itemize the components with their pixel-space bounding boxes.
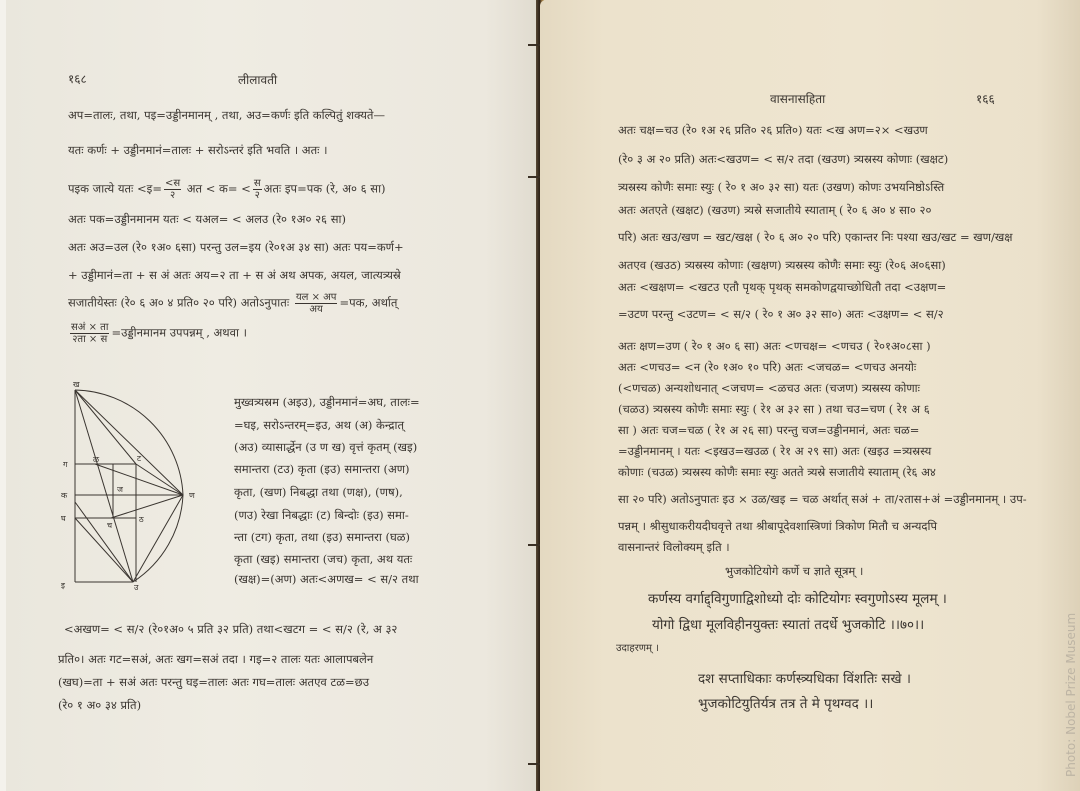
text-line: अतः क्षण=उण ( रे० १ अ० ६ सा) अतः <णचक्ष=…	[618, 339, 931, 353]
text-line: अतः <खक्षण= <खटउ एतौ पृथक् पृथक् समकोणद्…	[618, 280, 946, 294]
text-line: परि) अतः खउ/खण = खट/खक्ष ( रे० ६ अ० २० प…	[618, 230, 1013, 244]
svg-text:ळ: ळ	[93, 455, 100, 464]
text-line: प्रति०। अतः गट=सअं, अतः खग=सअं तदा । गइ=…	[58, 652, 373, 666]
text-line-with-fraction: सअं × ता२ता × स=उड्डीनमानम उपपन्नम् , अथ…	[68, 322, 247, 345]
text-line-with-fraction: सजातीयेस्तः (रे० ६ अ० ४ प्रति० २० परि) अ…	[68, 292, 397, 315]
text-line: यतः कर्णः + उड्डीनमानं=तालः + सरोऽन्तरं …	[68, 143, 327, 157]
verse-line: कर्णस्य वर्गाद्द्विगुणाद्विशोध्यो दोः को…	[648, 592, 947, 606]
text-line: (<णचळ) अन्यशोधनात् <जचण= <ळचउ अतः (चजण) …	[618, 381, 920, 395]
fraction: सअं × ता२ता × स	[70, 322, 109, 345]
svg-text:ख: ख	[73, 380, 80, 389]
fraction: <स२	[164, 178, 181, 201]
svg-text:इ: इ	[61, 581, 66, 590]
text-line: अतः <णचउ= <न (रे० १अ० १० परि) अतः <जचळ= …	[618, 360, 916, 374]
text-line: (रे० १ अ० ३४ प्रति)	[58, 698, 141, 712]
svg-text:ट: ट	[137, 454, 142, 463]
left-page-number: १६८	[68, 72, 87, 86]
text-line: सा ) अतः चज=चळ ( रे१ अ २६ सा) परन्तु चज=…	[618, 423, 919, 437]
text-line: (खघ)=ता + सअं अतः परन्तु घइ=तालः अतः गघ=…	[58, 675, 369, 689]
text-line: अतः अतएते (खक्षट) (खउण) त्र्यस्रे सजातीय…	[618, 203, 932, 217]
fraction: यल × अपअय	[295, 292, 338, 315]
verse-line: योगो द्विधा मूलविहीनयुक्तः स्यातां तदर्ध…	[652, 618, 924, 632]
text-line-with-fractions: पइक जात्ये यतः <इ=<स२ अत < क= <स२अतः इप=…	[68, 178, 386, 201]
text-line: (रे० ३ अ २० प्रति) अतः<खउण= < स/२ तदा (ख…	[618, 152, 948, 166]
figure-text-line: समान्तरा (टउ) कृता (इउ) समान्तरा (अण)	[234, 462, 410, 476]
left-page: १६८ लीलावती अप=तालः, तथा, पइ=उड्डीनमानम्…	[0, 0, 538, 791]
text-line: कोणाः (चउळ) त्र्यस्रस्य कोणैः समाः स्युः…	[618, 465, 936, 479]
figure-text-line: मुख्वत्र्यस्रम (अइउ), उड्डीनमानं=अघ, ताल…	[234, 395, 420, 409]
figure-text-line: (णउ) रेखा निबद्धाः (ट) बिन्दोः (इउ) समा-	[234, 508, 409, 522]
svg-text:ज: ज	[117, 485, 124, 494]
text-line: पन्नम् । श्रीसुधाकरीयदीघवृत्ते तथा श्रीब…	[618, 519, 937, 533]
text-line: <अखण= < स/२ (रे०१अ० ५ प्रति ३२ प्रति) तथ…	[64, 622, 397, 636]
svg-text:ग: ग	[63, 460, 68, 469]
fraction: स२	[253, 178, 262, 201]
text-line: =उड्डीनमानम् । यतः <इखउ=खउळ ( रे१ अ २९ स…	[618, 444, 931, 458]
verse-line: भुजकोटियुतिर्यत्र तत्र ते मे पृथग्वद ।।	[698, 697, 873, 711]
example-label: उदाहरणम् ।	[616, 642, 659, 656]
svg-text:उ: उ	[134, 583, 139, 590]
text-line: वासनान्तरं विलोक्यम् इति ।	[618, 540, 730, 554]
svg-text:ण: ण	[189, 491, 195, 500]
text-line: + उड्डीमानं=ता + स अं अतः अय=२ ता + स अं…	[68, 268, 401, 282]
svg-text:क: क	[61, 491, 68, 500]
verse-line: दश सप्ताधिकाः कर्णस्त्र्यधिका विंशतिः सख…	[698, 672, 911, 686]
right-page: वासनासहिता १६६ अतः चक्ष=चउ (रे० १अ २६ प्…	[540, 0, 1080, 791]
svg-text:घ: घ	[61, 514, 66, 523]
geometry-diagram: ख ग क घ इ उ ण ट ठ ज च ळ	[61, 380, 201, 590]
text-line: अप=तालः, तथा, पइ=उड्डीनमानम् , तथा, अउ=क…	[68, 108, 385, 122]
figure-text-line: (खक्ष)=(अण) अतः<अणख= < स/२ तथा	[234, 572, 419, 586]
figure-text-line: न्ता (टग) कृता, तथा (इउ) समान्तरा (घळ)	[234, 530, 410, 544]
text-line: अतः अउ=उल (रे० १अ० ६सा) परन्तु उल=इय (रे…	[68, 240, 404, 254]
figure-text-line: कृता (खइ) समान्तरा (जच) कृता, अथ यतः	[234, 552, 412, 566]
text-line: अतः चक्ष=चउ (रे० १अ २६ प्रति० २६ प्रति०)…	[618, 123, 928, 137]
text-line: अतएव (खउठ) त्र्यस्रस्य कोणाः (खक्षण) त्र…	[618, 258, 946, 272]
figure-text-line: कृता, (खण) निबद्धा तथा (णक्ष), (णष),	[234, 485, 403, 499]
figure-text-line: =घइ, सरोऽन्तरम्=इउ, अथ (अ) केन्द्रात्	[234, 418, 404, 432]
text-line: अतः पक=उड्डीनमानम यतः < यअल= < अलउ (रे० …	[68, 212, 346, 226]
text-line: सा २० परि) अतोऽनुपातः इउ × उळ/खइ = चळ अर…	[618, 492, 1027, 506]
text-line: (चळउ) त्र्यस्रस्य कोणैः समाः स्युः ( रे१…	[618, 402, 930, 416]
figure-text-line: (अउ) व्यासार्द्धेन (उ ण ख) वृत्तं कृतम् …	[234, 440, 417, 454]
text-line: =उटण परन्तु <उटण= < स/२ ( रे० १ अ० ३२ सा…	[618, 307, 944, 321]
left-running-head: लीलावती	[238, 73, 277, 87]
right-page-number: १६६	[976, 92, 995, 106]
svg-text:च: च	[107, 521, 113, 530]
right-running-head: वासनासहिता	[770, 92, 825, 106]
sutra-heading: भुजकोटियोगे कर्णे च ज्ञाते सूत्रम् ।	[725, 564, 863, 578]
photo-credit: Photo: Nobel Prize Museum	[1064, 613, 1078, 777]
svg-text:ठ: ठ	[139, 515, 144, 524]
text-line: त्र्यस्रस्य कोणैः समाः स्युः ( रे० १ अ० …	[618, 180, 944, 194]
